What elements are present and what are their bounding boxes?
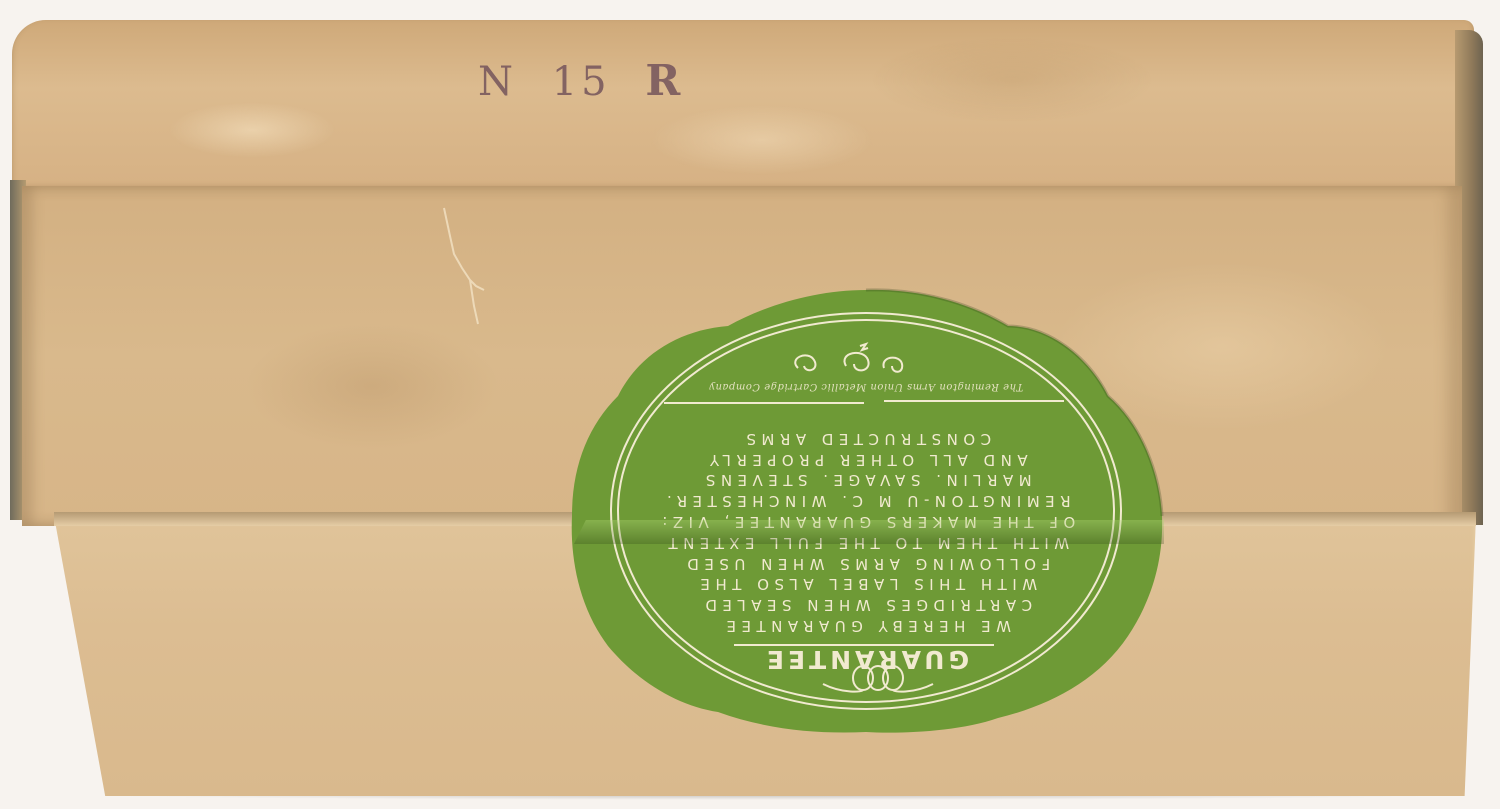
stamp-suffix: R [645, 56, 684, 105]
seal-body: WE HEREBY GUARANTEE CARTRIDGES WHEN SEAL… [568, 428, 1164, 636]
box-lid-top-face [12, 20, 1474, 190]
seal-line: WE HEREBY GUARANTEE [568, 615, 1164, 636]
seal-title: GUARANTEE [568, 645, 1164, 674]
seal-line: CARTRIDGES WHEN SEALED [568, 594, 1164, 615]
cardboard-crack [440, 206, 490, 326]
seal-divider-top [734, 644, 994, 646]
seal-line: REMINGTON-U M C. WINCHESTER. [568, 490, 1164, 511]
seal-line: WITH THIS LABEL ALSO THE [568, 574, 1164, 595]
guarantee-seal: GUARANTEE WE HEREBY GUARANTEE CARTRIDGES… [568, 286, 1164, 736]
seal-script-line: The Remington Arms Union Metallic Cartri… [568, 381, 1164, 392]
seal-line: WITH THEM TO THE FULL EXTENT [568, 532, 1164, 553]
seal-line: OF THE MAKERS GUARANTEE, VIZ: [568, 511, 1164, 532]
seal-text-block: GUARANTEE WE HEREBY GUARANTEE CARTRIDGES… [568, 286, 1164, 736]
seal-line: AND ALL OTHER PROPERLY [568, 449, 1164, 470]
seal-line: FOLLOWING ARMS WHEN USED [568, 553, 1164, 574]
stamp-prefix: N [478, 59, 517, 105]
stamp-number: 15 [552, 59, 611, 105]
box-stamp: N 15 R [478, 56, 684, 105]
seal-line: CONSTRUCTED ARMS [568, 428, 1164, 449]
photo-scene: N 15 R GUARANTEE [0, 0, 1500, 809]
seal-line: MARLIN. SAVAGE. STEVENS [568, 470, 1164, 491]
seal-divider-bottom-right [664, 402, 864, 404]
seal-divider-bottom-left [884, 400, 1064, 402]
